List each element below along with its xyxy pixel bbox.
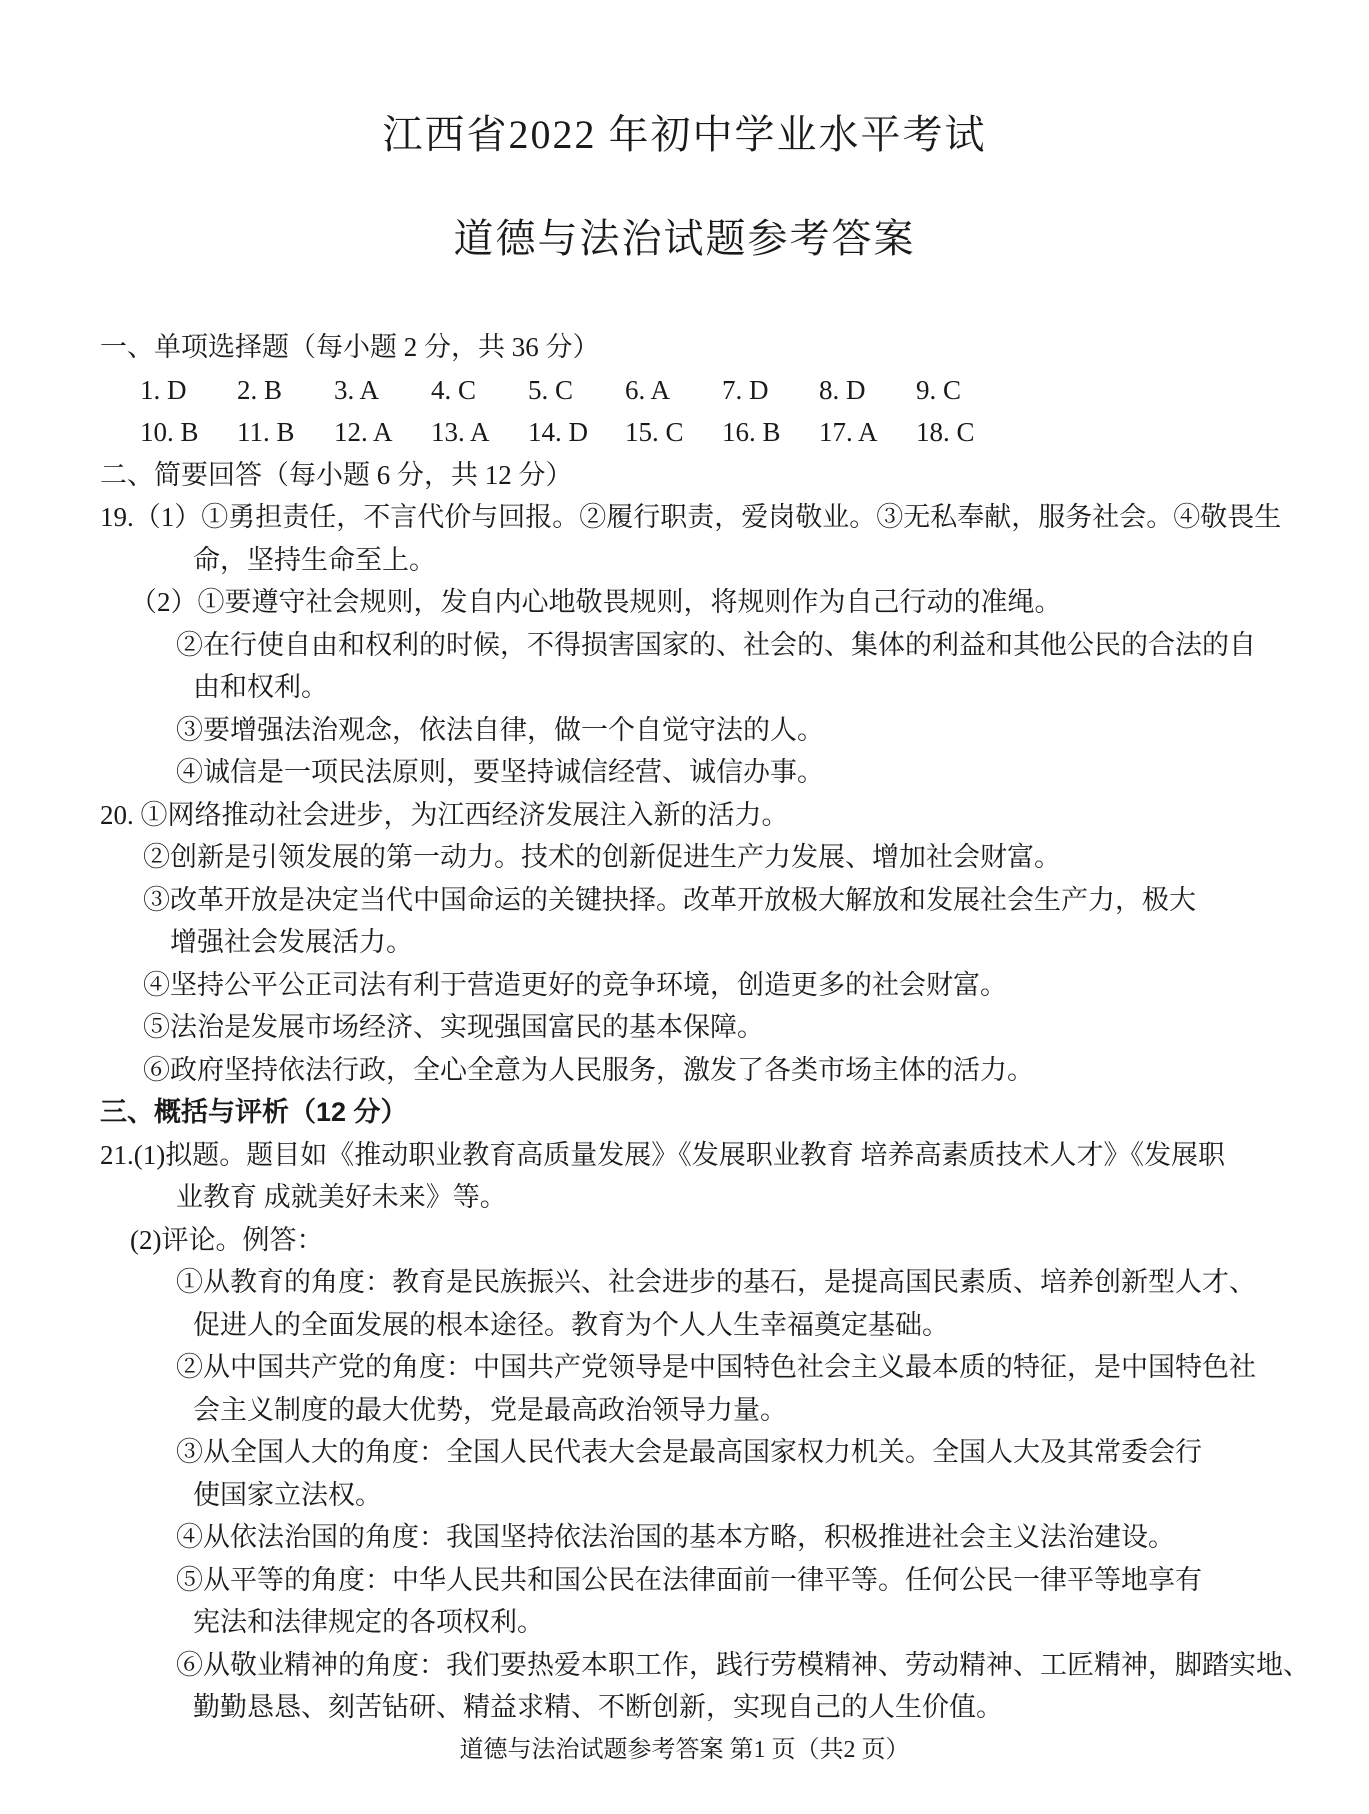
q20-line-4: 增强社会发展活力。 — [100, 921, 1269, 964]
q19-line-6: ③要增强法治观念，依法自律，做一个自觉守法的人。 — [100, 709, 1269, 752]
mcq-answer-16: 16. B — [722, 411, 819, 454]
mcq-answer-17: 17. A — [819, 411, 916, 454]
q21-line-11: ⑤从平等的角度：中华人民共和国公民在法律面前一律平等。任何公民一律平等地享有 — [100, 1559, 1269, 1602]
mcq-answers-row2: 10. B 11. B 12. A 13. A 14. D 15. C 16. … — [100, 411, 1269, 454]
mcq-answer-5: 5. C — [528, 369, 625, 412]
mcq-answer-18: 18. C — [916, 411, 1013, 454]
q21-line-8: ③从全国人大的角度：全国人民代表大会是最高国家权力机关。全国人大及其常委会行 — [100, 1431, 1269, 1474]
q21-line-3: (2)评论。例答： — [100, 1219, 1269, 1262]
mcq-answer-9: 9. C — [916, 369, 1013, 412]
q19-line-3: （2）①要遵守社会规则，发自内心地敬畏规则，将规则作为自己行动的准绳。 — [100, 581, 1269, 624]
q21-line-12: 宪法和法律规定的各项权利。 — [100, 1601, 1269, 1644]
section1-heading: 一、单项选择题（每小题 2 分，共 36 分） — [100, 326, 1269, 369]
q20-line-6: ⑤法治是发展市场经济、实现强国富民的基本保障。 — [100, 1006, 1269, 1049]
q19-line-2: 命，坚持生命至上。 — [100, 539, 1269, 582]
document-page: 江西省2022 年初中学业水平考试 道德与法治试题参考答案 一、单项选择题（每小… — [0, 0, 1369, 1814]
q19-line-5: 由和权利。 — [100, 666, 1269, 709]
mcq-answer-12: 12. A — [334, 411, 431, 454]
mcq-answer-7: 7. D — [722, 369, 819, 412]
mcq-answer-1: 1. D — [140, 369, 237, 412]
q21-line-2: 业教育 成就美好未来》等。 — [100, 1176, 1269, 1219]
q19-line-1: 19.（1）①勇担责任，不言代价与回报。②履行职责，爱岗敬业。③无私奉献，服务社… — [100, 496, 1269, 539]
q19-line-4: ②在行使自由和权利的时候，不得损害国家的、社会的、集体的利益和其他公民的合法的自 — [100, 624, 1269, 667]
q20-line-7: ⑥政府坚持依法行政，全心全意为人民服务，激发了各类市场主体的活力。 — [100, 1049, 1269, 1092]
q21-line-4: ①从教育的角度：教育是民族振兴、社会进步的基石，是提高国民素质、培养创新型人才、 — [100, 1261, 1269, 1304]
q21-line-7: 会主义制度的最大优势，党是最高政治领导力量。 — [100, 1389, 1269, 1432]
q21-line-1: 21.(1)拟题。题目如《推动职业教育高质量发展》《发展职业教育 培养高素质技术… — [100, 1134, 1269, 1177]
mcq-answer-3: 3. A — [334, 369, 431, 412]
q21-line-5: 促进人的全面发展的根本途径。教育为个人人生幸福奠定基础。 — [100, 1304, 1269, 1347]
mcq-answer-11: 11. B — [237, 411, 334, 454]
document-title-line1: 江西省2022 年初中学业水平考试 — [100, 112, 1269, 158]
document-body: 一、单项选择题（每小题 2 分，共 36 分） 1. D 2. B 3. A 4… — [100, 326, 1269, 1771]
mcq-answer-2: 2. B — [237, 369, 334, 412]
section3-heading: 三、概括与评析（12 分） — [100, 1091, 1269, 1134]
document-title-line2: 道德与法治试题参考答案 — [100, 216, 1269, 262]
page-footer: 道德与法治试题参考答案 第1 页（共2 页） — [100, 1729, 1269, 1772]
mcq-answer-10: 10. B — [140, 411, 237, 454]
q20-line-5: ④坚持公平公正司法有利于营造更好的竞争环境，创造更多的社会财富。 — [100, 964, 1269, 1007]
q20-line-2: ②创新是引领发展的第一动力。技术的创新促进生产力发展、增加社会财富。 — [100, 836, 1269, 879]
q20-line-3: ③改革开放是决定当代中国命运的关键抉择。改革开放极大解放和发展社会生产力，极大 — [100, 879, 1269, 922]
mcq-answers-row1: 1. D 2. B 3. A 4. C 5. C 6. A 7. D 8. D … — [100, 369, 1269, 412]
mcq-answer-14: 14. D — [528, 411, 625, 454]
q21-line-13: ⑥从敬业精神的角度：我们要热爱本职工作，践行劳模精神、劳动精神、工匠精神，脚踏实… — [100, 1644, 1269, 1687]
q21-line-10: ④从依法治国的角度：我国坚持依法治国的基本方略，积极推进社会主义法治建设。 — [100, 1516, 1269, 1559]
q21-line-9: 使国家立法权。 — [100, 1474, 1269, 1517]
mcq-answer-4: 4. C — [431, 369, 528, 412]
mcq-answer-13: 13. A — [431, 411, 528, 454]
section2-heading: 二、简要回答（每小题 6 分，共 12 分） — [100, 454, 1269, 497]
mcq-answer-15: 15. C — [625, 411, 722, 454]
mcq-answer-6: 6. A — [625, 369, 722, 412]
q21-line-6: ②从中国共产党的角度：中国共产党领导是中国特色社会主义最本质的特征，是中国特色社 — [100, 1346, 1269, 1389]
mcq-answer-8: 8. D — [819, 369, 916, 412]
q19-line-7: ④诚信是一项民法原则，要坚持诚信经营、诚信办事。 — [100, 751, 1269, 794]
q20-line-1: 20. ①网络推动社会进步，为江西经济发展注入新的活力。 — [100, 794, 1269, 837]
q21-line-14: 勤勤恳恳、刻苦钻研、精益求精、不断创新，实现自己的人生价值。 — [100, 1686, 1269, 1729]
